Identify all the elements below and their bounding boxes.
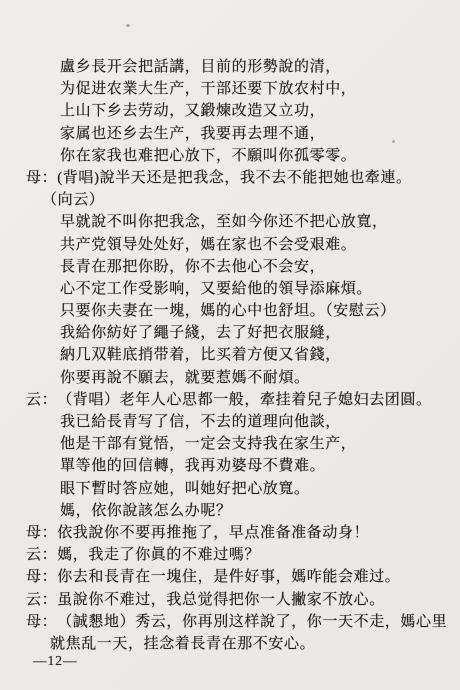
line-text: 你去和長青在一塊住，是件好事，媽咋能会难过。 [57,569,400,585]
scan-speck [126,24,130,27]
cont-line: 就焦乱一天，挂念着長青在那不安心。 [0,633,460,655]
verse-line: 長青在那把你盼，你不去他心不会安， [0,256,460,278]
dialogue-line: 云：媽，我走了你眞的不难过嗎？ [0,544,460,566]
speaker-label: 母： [26,611,57,633]
verse-line: 为促进农業大生产，干部还要下放农村中， [0,78,460,100]
line-text: 上山下乡去劳动，又鍛煉改造又立功， [60,103,325,119]
verse-line: 他是干部有覚悟，一定会支持我在家生产， [0,433,460,455]
line-text: 長青在那把你盼，你不去他心不会安， [60,259,325,275]
line-text: (背唱)說半天还是把我念，我不去不能把她也牽連。 [57,170,411,186]
speaker-label: 母： [26,522,57,544]
speaker-label: 云： [26,389,57,411]
line-text: 心不定工作受影响，又要給他的領导添麻煩。 [60,281,372,297]
line-text: 共产党領导处处好，媽在家也不会受艰难。 [60,237,356,253]
verse-line: 只要你夫妻在一塊，媽的心中也舒坦。（安慰云） [0,300,460,322]
script-text-block: 盧乡長开会把話講，目前的形勢說的清，为促进农業大生产，干部还要下放农村中，上山下… [0,56,460,655]
line-text: 就焦乱一天，挂念着長青在那不安心。 [50,636,315,652]
line-text: 單等他的回信轉，我再劝婆母不費难。 [60,458,325,474]
verse-line: 早就說不叫你把我念，至如今你还不把心放寬， [0,211,460,233]
stage-line: （向云） [0,189,460,211]
line-text: 为促进农業大生产，干部还要下放农村中， [60,81,356,97]
line-text: 我已給長青写了信，不去的道理向他談， [60,414,341,430]
line-text: 眼下暫时答应她，叫她好把心放寬。 [60,481,310,497]
dialogue-line: 母：依我說你不要再推拖了，早点准备准备动身！ [0,522,460,544]
verse-line: 我給你紡好了繩子綫，去了好把衣服縫， [0,322,460,344]
line-text: （背唱）老年人心思都一般，牽挂着兒子媳妇去团圓。 [57,392,431,408]
dialogue-line: 云：虽說你不难过，我总觉得把你一人撇家不放心。 [0,589,460,611]
verse-line: 單等他的回信轉，我再劝婆母不費难。 [0,455,460,477]
dialogue-line: 母：你去和長青在一塊住，是件好事，媽咋能会难过。 [0,566,460,588]
line-text: 他是干部有覚悟，一定会支持我在家生产， [60,436,356,452]
dialogue-line: 云：（背唱）老年人心思都一般，牽挂着兒子媳妇去团圓。 [0,389,460,411]
dialogue-line: 母：（誠懇地）秀云，你再別这样說了，你一天不走，媽心里 [0,611,460,633]
speaker-label: 云： [26,589,57,611]
line-text: 你要再說不願去，就要惹媽不耐煩。 [60,370,310,386]
line-text: （誠懇地）秀云，你再別这样說了，你一天不走，媽心里 [57,614,447,630]
line-text: 虽說你不难过，我总觉得把你一人撇家不放心。 [57,592,385,608]
verse-line: 眼下暫时答应她，叫她好把心放寬。 [0,478,460,500]
speaker-label: 母： [26,167,57,189]
scanned-script-page: 盧乡長开会把話講，目前的形勢說的清，为促进农業大生产，干部还要下放农村中，上山下… [0,0,460,690]
dialogue-line: 母：(背唱)說半天还是把我念，我不去不能把她也牽連。 [0,167,460,189]
line-text: 只要你夫妻在一塊，媽的心中也舒坦。（安慰云） [60,303,396,319]
line-text: 媽，依你說該怎么办呢？ [60,503,232,519]
verse-line: 你在家我也难把心放下，不願叫你孤零零。 [0,145,460,167]
verse-line: 共产党領导处处好，媽在家也不会受艰难。 [0,234,460,256]
line-text: 盧乡長开会把話講，目前的形勢說的清， [60,59,341,75]
line-text: 依我說你不要再推拖了，早点准备准备动身！ [57,525,369,541]
line-text: 媽，我走了你眞的不难过嗎？ [57,547,260,563]
line-text: 家属也还乡去生产，我要再去理不通， [60,126,325,142]
verse-line: 媽，依你說該怎么办呢？ [0,500,460,522]
verse-line: 盧乡長开会把話講，目前的形勢說的清， [0,56,460,78]
verse-line: 上山下乡去劳动，又鍛煉改造又立功， [0,100,460,122]
line-text: 早就說不叫你把我念，至如今你还不把心放寬， [60,214,388,230]
page-number: —12— [33,653,78,669]
verse-line: 家属也还乡去生产，我要再去理不通， [0,123,460,145]
line-text: 我給你紡好了繩子綫，去了好把衣服縫， [60,325,341,341]
speaker-label: 云： [26,544,57,566]
line-text: 納几双鞋底捎带着，比买着方便又省錢， [60,347,341,363]
line-text: （向云） [42,192,104,208]
verse-line: 納几双鞋底捎带着，比买着方便又省錢， [0,344,460,366]
verse-line: 我已給長青写了信，不去的道理向他談， [0,411,460,433]
verse-line: 你要再說不願去，就要惹媽不耐煩。 [0,367,460,389]
speaker-label: 母： [26,566,57,588]
line-text: 你在家我也难把心放下，不願叫你孤零零。 [60,148,356,164]
verse-line: 心不定工作受影响，又要給他的領导添麻煩。 [0,278,460,300]
